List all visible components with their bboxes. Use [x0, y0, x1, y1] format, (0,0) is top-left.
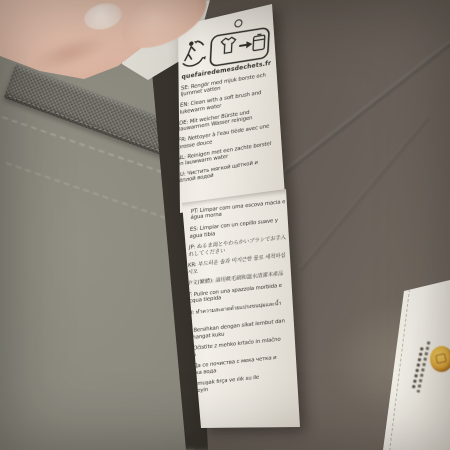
- photo-garment-care-label: quefairedemesdechets.fr SE: Rengör med m…: [0, 0, 450, 450]
- triman-recycling-icon: [180, 36, 208, 70]
- care-label-bottom-panel: PT: Limpar com uma escova macia e água m…: [160, 185, 315, 450]
